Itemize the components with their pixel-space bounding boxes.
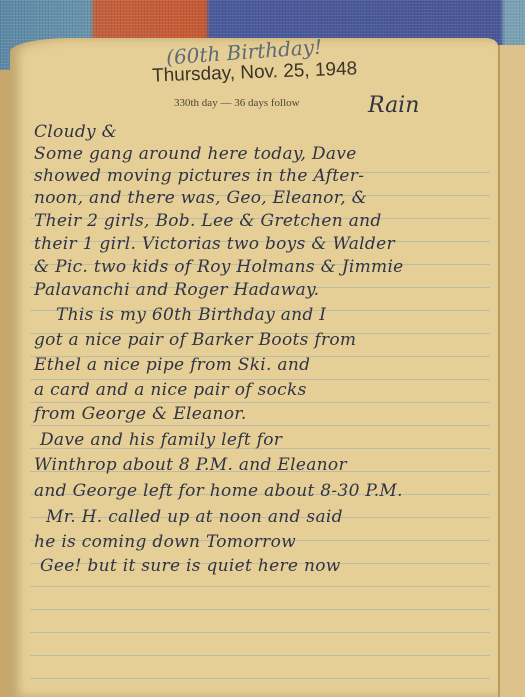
entry-line: Palavanchi and Roger Hadaway. [34, 280, 319, 300]
entry-line: & Pic. two kids of Roy Holmans & Jimmie [34, 257, 404, 277]
entry-line: Cloudy & [34, 122, 117, 142]
entry-line: Winthrop about 8 P.M. and Eleanor [34, 455, 347, 475]
entry-line: Mr. H. called up at noon and said [46, 507, 343, 527]
day-count: 330th day — 36 days follow [174, 97, 300, 109]
entry-line: showed moving pictures in the After- [34, 166, 364, 186]
entry-line: Dave and his family left for [40, 430, 282, 450]
entry-line: This is my 60th Birthday and I [56, 305, 326, 325]
entry-line: their 1 girl. Victorias two boys & Walde… [34, 234, 395, 254]
entry-line: Their 2 girls, Bob. Lee & Gretchen and [34, 211, 382, 231]
next-page-edge [498, 45, 525, 697]
entry-line: Ethel a nice pipe from Ski. and [34, 355, 310, 375]
entry-line: Some gang around here today, Dave [34, 144, 357, 164]
entry-line: he is coming down Tomorrow [34, 532, 296, 552]
entry-line: a card and a nice pair of socks [34, 380, 307, 400]
entry-line: got a nice pair of Barker Boots from [34, 330, 356, 350]
weather-note: Rain [368, 93, 419, 118]
entry-line: noon, and there was, Geo, Eleanor, & [34, 188, 367, 208]
entry-line: and George left for home about 8-30 P.M. [34, 481, 403, 501]
entry-line: from George & Eleanor. [34, 404, 247, 424]
entry-line: Gee! but it sure is quiet here now [40, 556, 341, 576]
